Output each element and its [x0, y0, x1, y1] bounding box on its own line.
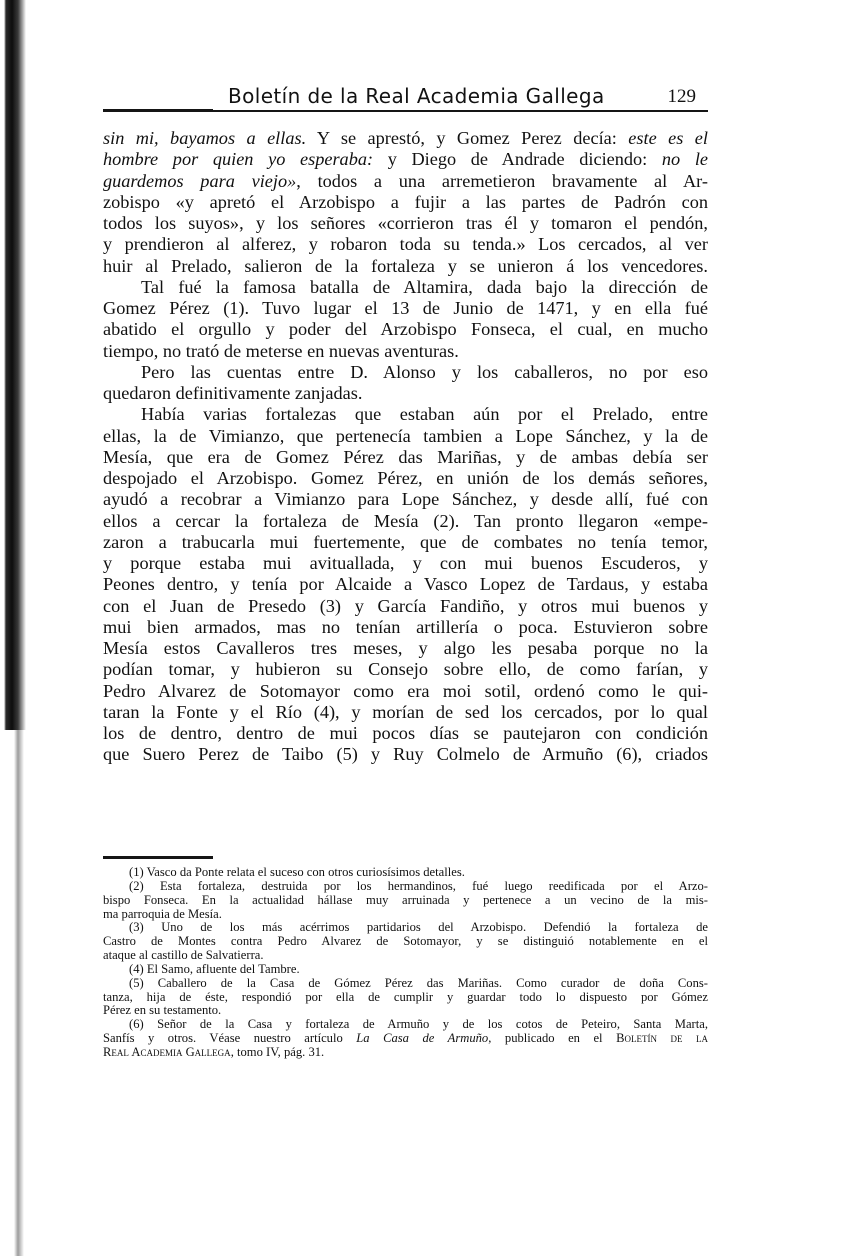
text-line: ayudó a recobrar a Vimianzo para Lope Sá…: [103, 489, 708, 510]
text-line: Tal fué la famosa batalla de Altamira, d…: [103, 277, 708, 298]
text-line: quedaron definitivamente zanjadas.: [103, 383, 708, 404]
footnote-line: (5) Caballero de la Casa de Gómez Pérez …: [103, 977, 708, 991]
footnote-line: ma parroquia de Mesía.: [103, 908, 708, 922]
footnote-line: tanza, hija de éste, respondió por ella …: [103, 991, 708, 1005]
page-number: 129: [668, 86, 697, 108]
footnote-2: (2) Esta fortaleza, destruida por los he…: [103, 880, 708, 922]
article-title: La Casa de Armuño: [356, 1031, 488, 1045]
footnote-5: (5) Caballero de la Casa de Gómez Pérez …: [103, 977, 708, 1019]
footnote-4: (4) El Samo, afluente del Tambre.: [103, 963, 708, 977]
journal-name: Boletín de la: [616, 1031, 708, 1045]
footnotes: (1) Vasco da Ponte relata el suceso con …: [103, 866, 708, 1060]
text-line: guardemos para viejo», todos a una arrem…: [103, 171, 708, 192]
text-line: despojado el Arzobispo. Gomez Pérez, en …: [103, 468, 708, 489]
footnote-line: (3) Uno de los más acérrimos partidarios…: [103, 921, 708, 935]
italic-quote: este es el: [628, 128, 708, 148]
italic-quote: hombre por quien yo esperaba:: [103, 149, 373, 169]
running-title: Boletín de la Real Academia Gallega: [228, 84, 605, 108]
text-line: taran la Fonte y el Río (4), y morían de…: [103, 702, 708, 723]
text-line: tiempo, no trató de meterse en nuevas av…: [103, 341, 708, 362]
italic-quote: no le: [662, 149, 708, 169]
text-span: , publicado en el: [488, 1031, 616, 1045]
journal-name: Real Academia Gallega: [103, 1045, 231, 1059]
text-line: y prendieron al alferez, y robaron toda …: [103, 234, 708, 255]
text-line: Pero las cuentas entre D. Alonso y los c…: [103, 362, 708, 383]
text-span: y Diego de Andrade diciendo:: [373, 149, 662, 169]
text-line: abatido el orgullo y poder del Arzobispo…: [103, 319, 708, 340]
footnote-line: (6) Señor de la Casa y fortaleza de Armu…: [103, 1018, 708, 1032]
text-line: Gomez Pérez (1). Tuvo lugar el 13 de Jun…: [103, 298, 708, 319]
footnote-line: Sanfís y otros. Véase nuestro artículo L…: [103, 1032, 708, 1046]
text-line: con el Juan de Presedo (3) y García Fand…: [103, 596, 708, 617]
footnote-rule: [103, 856, 213, 859]
italic-quote: sin mi, bayamos a ellas.: [103, 128, 306, 148]
footnote-line: Castro de Montes contra Pedro Alvarez de…: [103, 935, 708, 949]
footnote-line: bispo Fonseca. En la actualidad hállase …: [103, 894, 708, 908]
text-line: Mesía, que era de Gomez Pérez das Mariña…: [103, 447, 708, 468]
text-line: ellas, la de Vimianzo, que pertenecía ta…: [103, 426, 708, 447]
paragraph-1: sin mi, bayamos a ellas. Y se aprestó, y…: [103, 128, 708, 277]
footnote-3: (3) Uno de los más acérrimos partidarios…: [103, 921, 708, 963]
text-line: mui bien armados, mas no tenían artiller…: [103, 617, 708, 638]
paragraph-2: Tal fué la famosa batalla de Altamira, d…: [103, 277, 708, 362]
footnote-line: (2) Esta fortaleza, destruida por los he…: [103, 880, 708, 894]
footnote-6: (6) Señor de la Casa y fortaleza de Armu…: [103, 1018, 708, 1060]
text-line: huir al Prelado, salieron de la fortalez…: [103, 256, 708, 277]
text-line: Mesía estos Cavalleros tres meses, y alg…: [103, 638, 708, 659]
text-line: y porque estaba mui avitualladа, y con m…: [103, 553, 708, 574]
italic-quote: guardemos para viejo»: [103, 171, 296, 191]
text-line: ellos a cercar la fortaleza de Mesía (2)…: [103, 511, 708, 532]
text-line: zobispo «y apretó el Arzobispo a fujir a…: [103, 192, 708, 213]
paragraph-4: Había varias fortalezas que estaban aún …: [103, 404, 708, 765]
text-span: , todos a una arremetieron bravamente al…: [296, 171, 708, 191]
main-text: sin mi, bayamos a ellas. Y se aprestó, y…: [103, 128, 708, 766]
text-line: zaron a trabucarla mui fuertemente, que …: [103, 532, 708, 553]
page-binding-shadow: [0, 730, 26, 1256]
text-span: , tomo IV, pág. 31.: [231, 1045, 325, 1059]
text-line: hombre por quien yo esperaba: y Diego de…: [103, 149, 708, 170]
header-rule-accent: [103, 109, 213, 112]
footnote-line: ataque al castillo de Salvatierra.: [103, 949, 708, 963]
text-span: Sanfís y otros. Véase nuestro artículo: [103, 1031, 356, 1045]
text-line: Pedro Alvarez de Sotomayor como era moi …: [103, 681, 708, 702]
text-line: Había varias fortalezas que estaban aún …: [103, 404, 708, 425]
text-line: sin mi, bayamos a ellas. Y se aprestó, y…: [103, 128, 708, 149]
text-line: todos los suyos», y los señores «corrier…: [103, 213, 708, 234]
footnote-line: (1) Vasco da Ponte relata el suceso con …: [103, 866, 708, 880]
footnote-line: Real Academia Gallega, tomo IV, pág. 31.: [103, 1046, 708, 1060]
footnote-line: Pérez en su testamento.: [103, 1004, 708, 1018]
text-line: que Suero Perez de Taibo (5) y Ruy Colme…: [103, 744, 708, 765]
paragraph-3: Pero las cuentas entre D. Alonso y los c…: [103, 362, 708, 405]
text-line: los de dentro, dentro de mui pocos días …: [103, 723, 708, 744]
footnote-line: (4) El Samo, afluente del Tambre.: [103, 963, 708, 977]
text-line: podían tomar, y hubieron su Consejo sobr…: [103, 659, 708, 680]
text-line: Peones dentro, y tenía por Alcaide a Vas…: [103, 574, 708, 595]
page-header: Boletín de la Real Academia Gallega 129: [103, 80, 708, 112]
footnote-1: (1) Vasco da Ponte relata el suceso con …: [103, 866, 708, 880]
text-span: Y se aprestó, y Gomez Perez decía:: [306, 128, 628, 148]
